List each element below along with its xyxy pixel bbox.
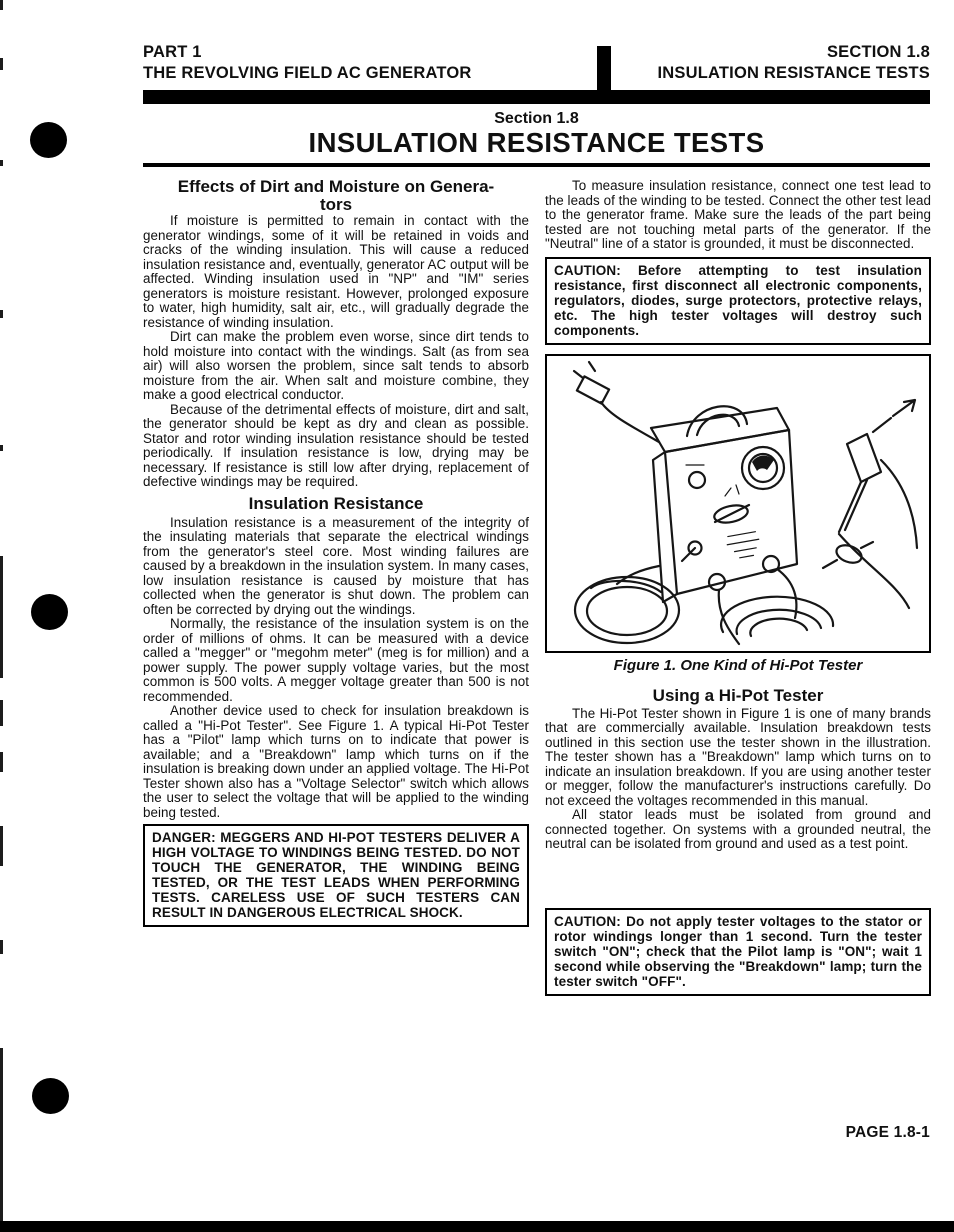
header-rule-bar — [143, 90, 930, 104]
header-section-number: SECTION 1.8 — [658, 42, 930, 63]
binder-hole — [32, 1078, 69, 1114]
paragraph: Dirt can make the problem even worse, si… — [143, 330, 529, 403]
binder-hole — [30, 122, 67, 158]
figure-1-frame — [545, 354, 931, 653]
left-column: Effects of Dirt and Moisture on Genera- … — [143, 176, 529, 927]
heading-insulation-resistance: Insulation Resistance — [143, 495, 529, 513]
page-title-block: Section 1.8 INSULATION RESISTANCE TESTS — [143, 110, 930, 158]
scan-edge-artifact — [0, 940, 3, 954]
scan-edge-artifact — [0, 0, 3, 10]
scan-edge-artifact — [0, 700, 3, 726]
heading-effects-line2: tors — [320, 195, 352, 214]
header-left: PART 1 THE REVOLVING FIELD AC GENERATOR — [143, 42, 471, 84]
figure-1-caption: Figure 1. One Kind of Hi-Pot Tester — [545, 657, 931, 674]
paragraph: To measure insulation resistance, connec… — [545, 179, 931, 252]
page-title: INSULATION RESISTANCE TESTS — [143, 128, 930, 158]
heading-effects-line1: Effects of Dirt and Moisture on Genera- — [178, 177, 494, 196]
heading-using-hi-pot-tester: Using a Hi-Pot Tester — [545, 687, 931, 705]
document-page: PART 1 THE REVOLVING FIELD AC GENERATOR … — [0, 0, 954, 1232]
hi-pot-tester-illustration — [547, 356, 928, 651]
paragraph: If moisture is permitted to remain in co… — [143, 214, 529, 330]
title-rule — [143, 163, 930, 167]
title-section-label: Section 1.8 — [143, 110, 930, 128]
caution-notice-box: CAUTION: Before attempting to test insul… — [545, 257, 931, 345]
header-section-title: INSULATION RESISTANCE TESTS — [658, 63, 930, 84]
scan-edge-artifact — [0, 826, 3, 866]
scan-edge-artifact — [0, 160, 3, 166]
scan-edge-artifact — [0, 556, 3, 678]
header-part-title: THE REVOLVING FIELD AC GENERATOR — [143, 63, 471, 84]
bottom-rule-bar — [0, 1221, 954, 1232]
header-right: SECTION 1.8 INSULATION RESISTANCE TESTS — [658, 42, 930, 84]
paragraph: Because of the detrimental effects of mo… — [143, 403, 529, 490]
right-column: To measure insulation resistance, connec… — [545, 176, 931, 996]
paragraph: Normally, the resistance of the insulati… — [143, 617, 529, 704]
heading-effects: Effects of Dirt and Moisture on Genera- … — [143, 178, 529, 214]
scan-edge-artifact — [0, 445, 3, 451]
scan-edge-artifact — [0, 1048, 3, 1232]
page-number: PAGE 1.8-1 — [846, 1124, 930, 1142]
header-divider-bar — [597, 46, 611, 93]
paragraph: The Hi-Pot Tester shown in Figure 1 is o… — [545, 707, 931, 809]
paragraph: Insulation resistance is a measurement o… — [143, 516, 529, 618]
paragraph: All stator leads must be isolated from g… — [545, 808, 931, 852]
scan-edge-artifact — [0, 58, 3, 70]
scan-edge-artifact — [0, 752, 3, 772]
danger-notice-box: DANGER: MEGGERS AND HI-POT TESTERS DELIV… — [143, 824, 529, 927]
paragraph: Another device used to check for insulat… — [143, 704, 529, 820]
binder-hole — [31, 594, 68, 630]
scan-edge-artifact — [0, 310, 3, 318]
caution-notice-box: CAUTION: Do not apply tester voltages to… — [545, 908, 931, 996]
header-part-number: PART 1 — [143, 42, 471, 63]
